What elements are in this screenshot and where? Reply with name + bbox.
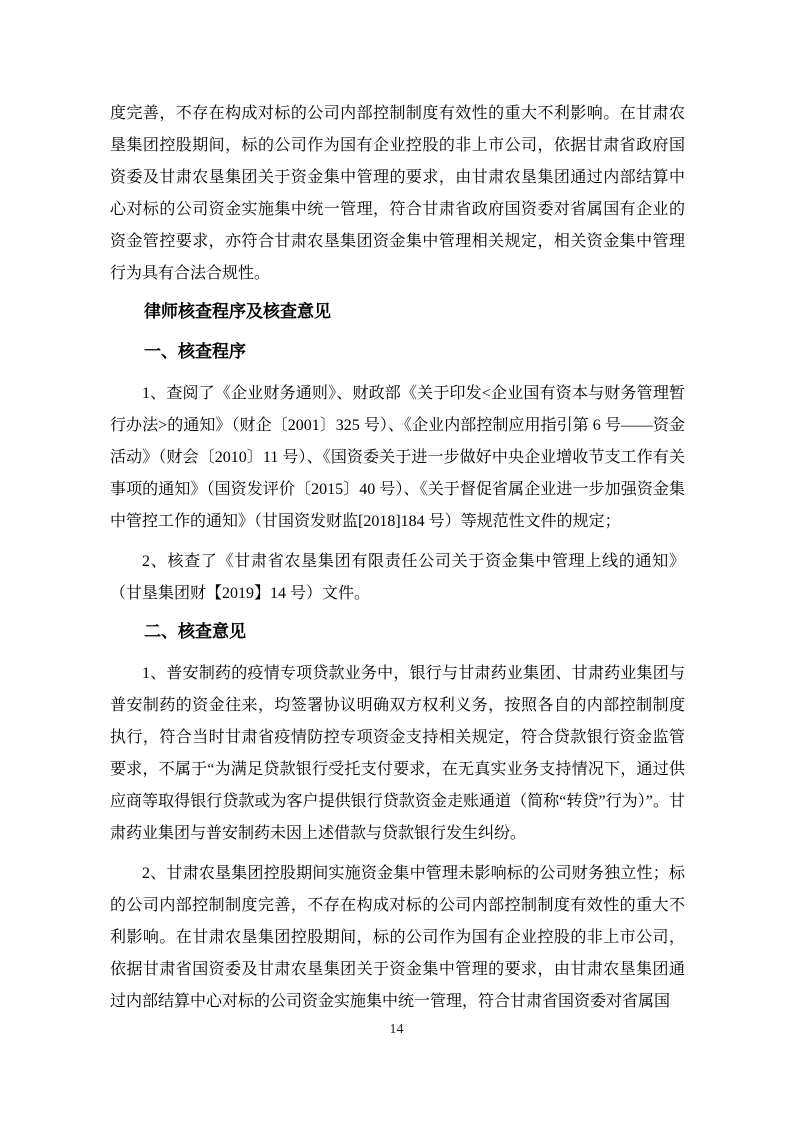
subsection-heading-verification-procedure: 一、核查程序 (110, 338, 685, 366)
subsection-heading-verification-opinion: 二、核查意见 (110, 618, 685, 646)
verification-procedure-item-1: 1、查阅了《企业财务通则》、财政部《关于印发<企业国有资本与财务管理暂行办法>的… (110, 378, 685, 538)
section-heading-lawyer-verification: 律师核查程序及核查意见 (110, 298, 685, 326)
page-number: 14 (0, 1020, 793, 1040)
verification-opinion-item-1: 1、普安制药的疫情专项贷款业务中，银行与甘肃药业集团、甘肃药业集团与普安制药的资… (110, 658, 685, 850)
verification-opinion-item-2: 2、甘肃农垦集团控股期间实施资金集中管理未影响标的公司财务独立性；标的公司内部控… (110, 858, 685, 1018)
verification-procedure-item-2: 2、核查了《甘肃省农垦集团有限责任公司关于资金集中管理上线的通知》（甘垦集团财【… (110, 546, 685, 610)
document-body: 度完善，不存在构成对标的公司内部控制制度有效性的重大不利影响。在甘肃农垦集团控股… (110, 98, 685, 1026)
document-page: 度完善，不存在构成对标的公司内部控制制度有效性的重大不利影响。在甘肃农垦集团控股… (0, 0, 793, 1122)
continuation-paragraph: 度完善，不存在构成对标的公司内部控制制度有效性的重大不利影响。在甘肃农垦集团控股… (110, 98, 685, 290)
